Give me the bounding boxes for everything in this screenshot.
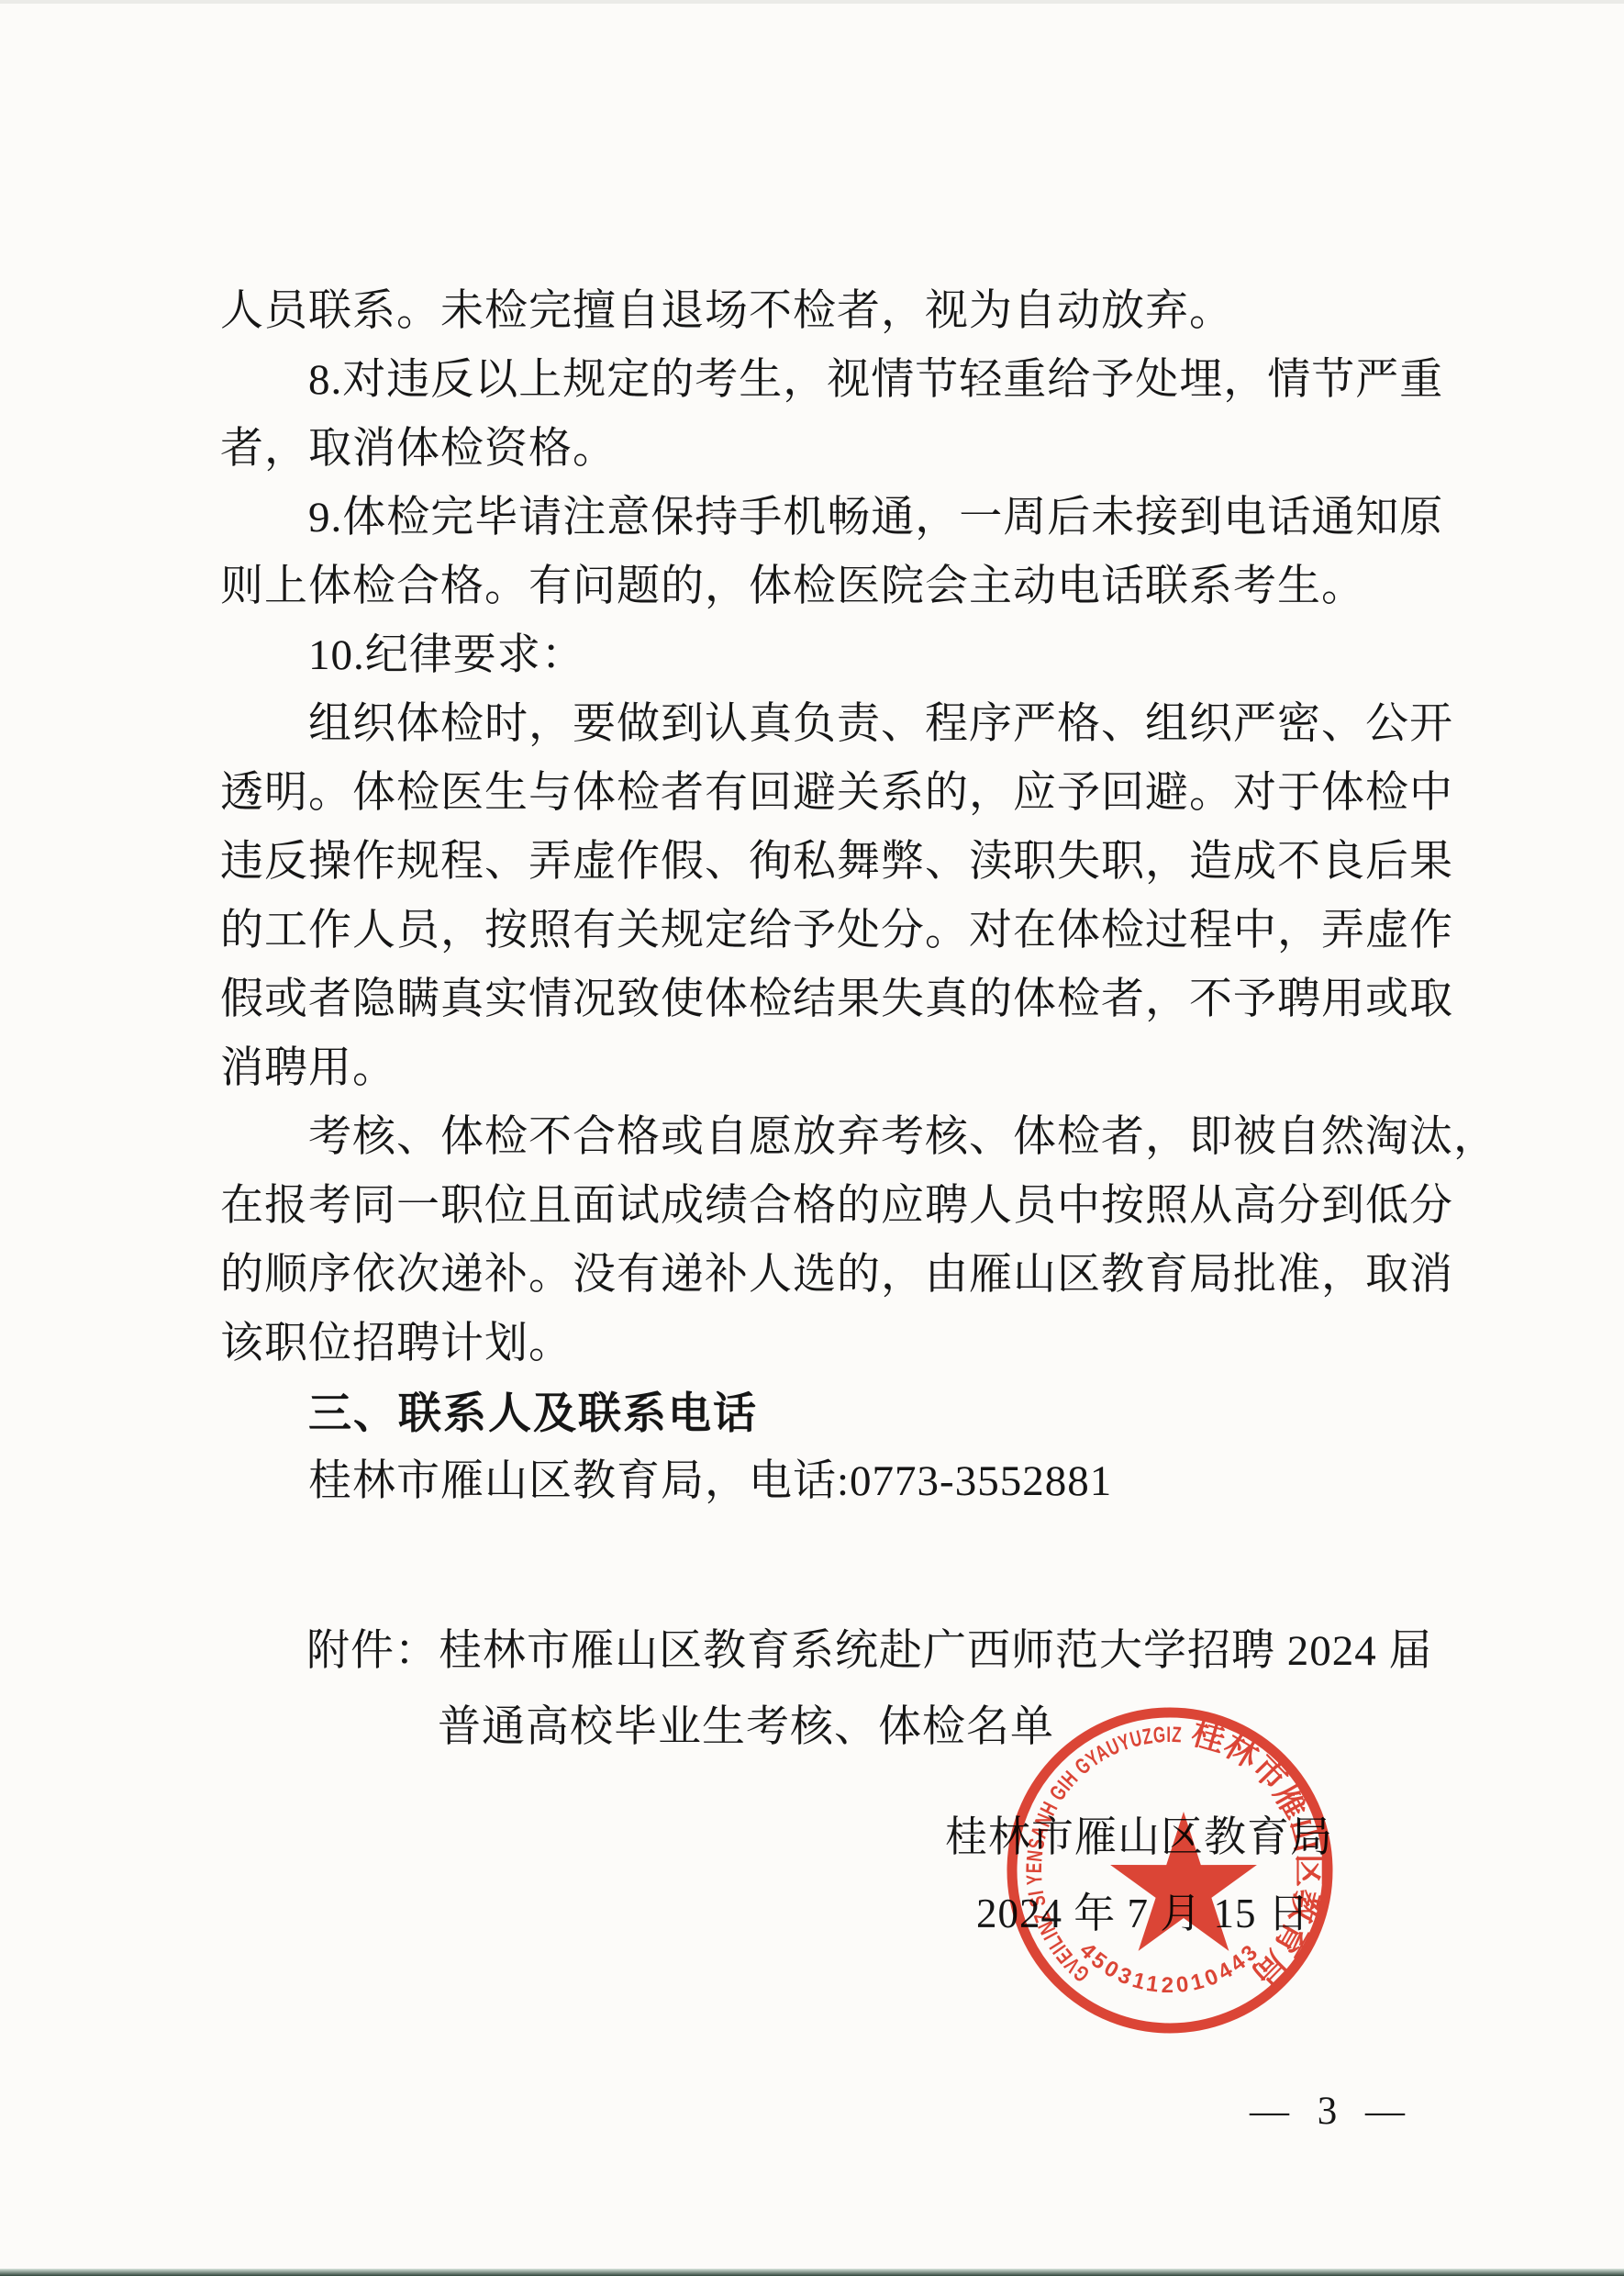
body-line: 8.对违反以上规定的考生，视情节轻重给予处埋，情节严重: [220, 346, 1497, 415]
attachment-line-1: 附件：桂林市雁山区教育系统赴广西师范大学招聘 2024 届: [306, 1613, 1433, 1690]
page-number: — 3 —: [1250, 2089, 1414, 2134]
body-line: 则上体检合格。有问题的，体检医院会主动电话联系考生。: [220, 552, 1497, 621]
scanned-document-page: 人员联系。未检完擅自退场不检者，视为自动放弃。 8.对违反以上规定的考生，视情节…: [0, 0, 1624, 2276]
scan-top-edge: [0, 0, 1624, 4]
body-line: 考核、体检不合格或自愿放弃考核、体检者，即被自然淘汰，: [220, 1103, 1497, 1172]
body-line: 消聘用。: [220, 1034, 1497, 1103]
section-heading-contacts: 三、联系人及联系电话: [220, 1378, 1497, 1447]
svg-text:GVEILINZ SI YENSANH GIH GYAUYU: GVEILINZ SI YENSANH GIH GYAUYUZGIZ: [1022, 1723, 1183, 1987]
body-line: 的顺序依次递补。没有递补人选的，由雁山区教育局批准，取消: [220, 1241, 1497, 1310]
official-seal: GVEILINZ SI YENSANH GIH GYAUYUZGIZ 桂林市雁山…: [996, 1696, 1344, 2045]
star-icon: [1110, 1812, 1257, 1951]
body-line: 者，取消体检资格。: [220, 415, 1497, 484]
body-line: 透明。体检医生与体检者有回避关系的，应予回避。对于体检中: [220, 759, 1497, 828]
body-line: 组织体检时，要做到认真负责、程序严格、组织严密、公开: [220, 690, 1497, 759]
seal-zhuang-arc-text: GVEILINZ SI YENSANH GIH GYAUYUZGIZ: [1022, 1723, 1183, 1987]
body-line: 人员联系。未检完擅自退场不检者，视为自动放弃。: [220, 277, 1497, 346]
body-line: 的工作人员，按照有关规定给予处分。对在体检过程中，弄虚作: [220, 897, 1497, 965]
contact-phone-line: 桂林市雁山区教育局，电话:0773-3552881: [220, 1447, 1497, 1516]
svg-text:4503112010443: 4503112010443: [1074, 1938, 1265, 1998]
body-line: 假或者隐瞒真实情况致使体检结果失真的体检者，不予聘用或取: [220, 965, 1497, 1034]
body-line: 9.体检完毕请注意保持手机畅通，一周后未接到电话通知原: [220, 484, 1497, 552]
seal-code: 4503112010443: [1074, 1938, 1265, 1998]
body-line: 该职位招聘计划。: [220, 1310, 1497, 1378]
body-line: 10.纪律要求：: [220, 621, 1497, 690]
body-line: 在报考同一职位且面试成绩合格的应聘人员中按照从高分到低分: [220, 1172, 1497, 1241]
scan-bottom-edge: [0, 2269, 1624, 2276]
body-line: 违反操作规程、弄虚作假、徇私舞弊、渎职失职，造成不良后果: [220, 828, 1497, 897]
document-body: 人员联系。未检完擅自退场不检者，视为自动放弃。 8.对违反以上规定的考生，视情节…: [220, 277, 1497, 1516]
